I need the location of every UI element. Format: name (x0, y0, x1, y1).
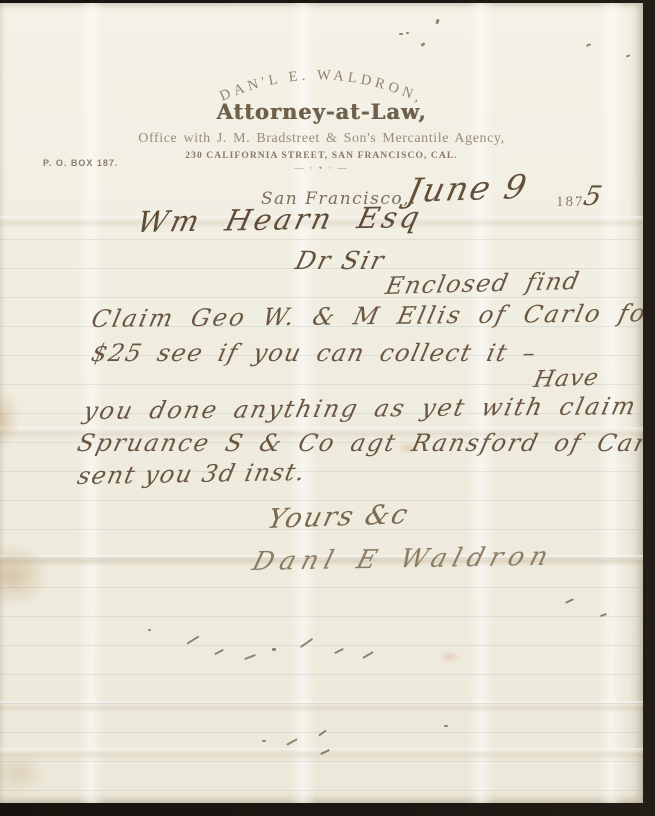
ink-speck (444, 725, 448, 727)
handwritten-line: sent you 3d inst. (75, 458, 309, 490)
paper-stain (0, 388, 20, 450)
paper-stain (0, 543, 50, 607)
ink-speck (148, 629, 151, 631)
handwritten-line: $25 see if you can collect it – (89, 339, 540, 367)
fold-crease (0, 748, 643, 760)
handwritten-line: Enclosed find (383, 267, 583, 300)
ink-speck (272, 648, 276, 651)
paper-stain (440, 651, 460, 663)
ink-speck (187, 635, 200, 644)
paper-stain (0, 751, 46, 795)
ink-speck (262, 740, 266, 742)
handwritten-line: you done anything as yet with claim (81, 392, 640, 425)
po-box-label: P. O. BOX 187. (43, 158, 118, 168)
dateline-year-printed: 187 (556, 194, 585, 211)
ink-speck (320, 749, 330, 755)
ink-speck (362, 651, 373, 659)
fold-crease (0, 701, 643, 713)
letterhead-office-line: Office with J. M. Bradstreet & Son's Mer… (0, 131, 643, 147)
handwritten-line: Have (531, 365, 601, 393)
handwritten-signature: Danl E Waldron (249, 542, 557, 577)
ink-speck (435, 19, 440, 25)
ink-speck (406, 32, 409, 34)
ink-speck (565, 598, 574, 603)
handwritten-salutation: Dr Sir (292, 246, 388, 275)
ink-speck (399, 33, 403, 35)
handwritten-addressee: Wm Hearn Esq (134, 200, 426, 239)
ink-speck (286, 738, 298, 745)
letterhead-title: Attorney-at-Law, (0, 99, 643, 124)
ink-speck (300, 638, 313, 648)
ink-speck (334, 648, 344, 654)
ink-speck (600, 613, 607, 617)
ink-speck (214, 649, 224, 655)
ink-speck (244, 654, 256, 660)
handwritten-line: Spruance S & Co agt Ransford of Carlo (75, 429, 643, 457)
paper-sheet: DAN'L E. WALDRON, Attorney-at-Law, Offic… (0, 3, 643, 803)
handwritten-closing: Yours &c (264, 499, 412, 535)
letterhead: DAN'L E. WALDRON, Attorney-at-Law, Offic… (0, 43, 643, 173)
ink-speck (318, 730, 327, 737)
handwritten-line: Claim Geo W. & M Ellis of Carlo for (89, 299, 643, 333)
scanned-letter: DAN'L E. WALDRON, Attorney-at-Law, Offic… (0, 0, 655, 816)
